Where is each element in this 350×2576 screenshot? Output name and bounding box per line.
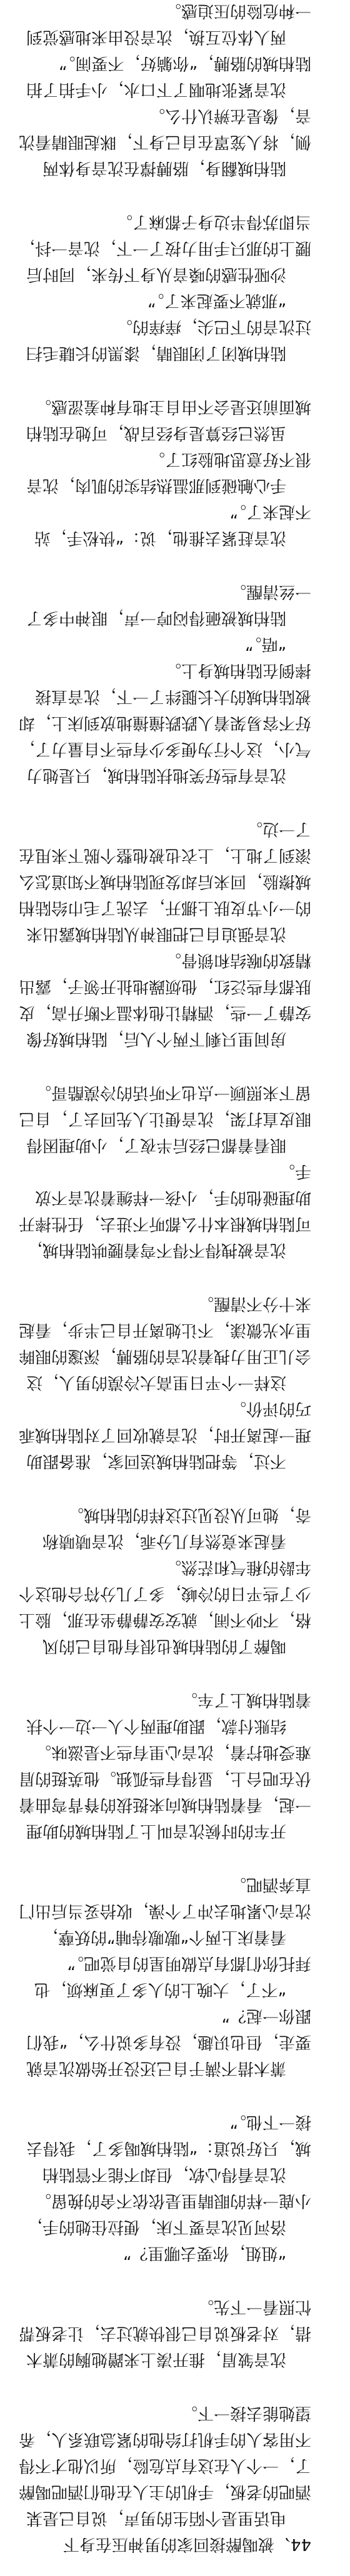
paragraph: “不了，大晚上的人多了更麻烦，也拜托你们都有点做明星的自觉吧。” [17,1950,311,2003]
text-line: 沈音看得心软，但却不能不管陆柏 [17,2161,311,2187]
text-line: 虽然已经算是身经百战，可她在陆柏 [17,420,311,446]
text-line: 看起来竟然有几分乖，沈音啧啧称 [17,1528,311,1554]
text-line: 当即苏得半边身子都麻了。 [17,209,311,235]
text-line: 沈音被拽得不得不弯着腰哄陆柏城， [17,1237,311,1263]
text-line: 电话里是个陌生的男声，说自己是某 [17,2505,311,2531]
text-line: 城面前还是会不由自主地有种羞涩感。 [17,394,311,420]
text-line: 助理碰他的手，小孩一样缠着沈音不放 [17,1184,311,1211]
text-line: 这样一个平日里高大冷漠的男人，这 [17,1369,311,1395]
paragraph-group: 陆柏城翻身，胳膊撑在沈音身体两侧，将人笼罩在自己身下，眯起眼睛看沈音，像是在辨认… [17,0,311,181]
paragraph: 开车的时候沈音叫上了陆柏城的助理一起，看着陆柏城向来挺拔的脊背弯曲着伏在吧台上，… [17,1739,311,1844]
paragraph: 陆柏城被砸得闷哼一声，眼神中多了一丝清醒。 [17,578,311,631]
text-line: 看着床上两个“嗷嗷待哺”的妖孽， [17,1924,311,1950]
text-line: 小鹿一样的眼睛里是依依不舍的挽留。 [17,2187,311,2214]
paragraph: 房间里只剩下两个人后，陆柏城好像安静了一些，酒精让他体温不断升高，皮肤都有些泛红… [17,947,311,1052]
text-line: 洛河见沈音要下床，便拉住她的手， [17,2214,311,2240]
paragraph-group: 喝醉了的陆柏城也很有他自己的风格，不吵不闹，就安安静静坐在那，脸上少了些平日的冷… [17,1502,311,1659]
paragraph: 陆柏城翻身，胳膊撑在沈音身体两侧，将人笼罩在自己身下，眯起眼睛看沈音，像是在辨认… [17,102,311,181]
text-line: 里水光微漾，不让她离开自己半步，看起 [17,1317,311,1343]
paragraph: 看起来竟然有几分乖，沈音啧啧称奇，她可从没见过这样的陆柏城。 [17,1502,311,1554]
text-line: 沙哑性感的嗓音从身下传来，同时后 [17,261,311,287]
text-line: “唔。” [17,631,311,657]
paragraph: 看着床上两个“嗷嗷待哺”的妖孽，沈音心累地去冲了个澡，收拾妥当后出门直奔酒吧。 [17,1871,311,1950]
text-line: 摔倒在陆柏城身上。 [17,657,311,683]
text-line: 沈音皱眉，推开凑上来蹭她胸的萧木 [17,2346,311,2372]
text-line: 可陆柏城根本什么都听不进去，任性摔开 [17,1211,311,1237]
text-line: 眼看着都已经后半夜了，小助理困得 [17,1132,311,1158]
text-line: 的一小节皮肤上挪开，去洗了毛巾给陆柏 [17,894,311,921]
text-line: 开车的时候沈音叫上了陆柏城的助理 [17,1818,311,1844]
paragraph: 沈音紧张地咽了下口水，小手拍了拍陆柏城的胳膊，“你躺好，不要闹。” [17,50,311,102]
text-line: 好不容易架着人跌跌撞撞地放到床上，却 [17,710,311,736]
text-line: 忙照看一下先。 [17,2294,311,2320]
text-line: 精致的喉结和锁骨。 [17,947,311,973]
text-line: 音，像是在辨认什么。 [17,102,311,129]
text-line: 接一下他。” [17,2109,311,2135]
paragraph: 沈音有些好笑地扶陆柏城，只是她力气小，这个行为便多少有些不自量力了，好不容易架着… [17,657,311,788]
text-line: “不了，大晚上的人多了更麻烦，也 [17,1976,311,2003]
paragraph: 沈音看得心软，但却不能不管陆柏城，只好说道：“陆柏城喝多了，我得去接一下他。” [17,2109,311,2187]
text-line: 沈音有些好笑地扶陆柏城，只是她力 [17,762,311,788]
text-line: 腰上的那只手用力按了一下，沈音一抖， [17,235,311,261]
paragraph: 两人体位互换，沈音没由来地感觉到一种危险的压迫感。 [17,0,311,50]
text-line: 会儿正用力拽着沈音的胳膊，深邃的眼眸 [17,1343,311,1369]
paragraph: “那就不要起来了。” [17,287,311,314]
text-line: 喝醉了的陆柏城也很有他自己的风 [17,1633,311,1659]
text-line: “姐姐，你要去哪里？” [17,2240,311,2266]
text-line: 陆柏城的胳膊，“你躺好，不要闹。” [17,50,311,76]
paragraph: 陆柏城闭了闭眼睛，漆黑的长睫毛扫过沈音的下巴尖，痒痒的。 [17,314,311,366]
paragraph: 这样一个平日里高大冷漠的男人，这会儿正用力拽着沈音的胳膊，深邃的眼眸里水光微漾，… [17,1290,311,1395]
text-line: 沈音赶紧去推他，说：“快松手，站 [17,525,311,551]
text-line: 一起，看着陆柏城向来挺拔的脊背弯曲着 [17,1791,311,1818]
text-line: 城，只好说道：“陆柏城喝多了，我得去 [17,2135,311,2161]
text-line: 了，一个人在这有点危险，所以他才不得 [17,2452,311,2479]
paragraph: 虽然已经算是身经百战，可她在陆柏城面前还是会不由自主地有种羞涩感。 [17,394,311,446]
text-line: 奇，她可从没见过这样的陆柏城。 [17,1502,311,1528]
text-line: 来十分不清醒。 [17,1290,311,1317]
text-line: 理一起离开时，沈音就收回了对陆柏城乖 [17,1422,311,1448]
text-line: 不用客人的手机打给他的紧急联系人，希 [17,2426,311,2452]
paragraph: “姐姐，你要去哪里？” [17,2240,311,2266]
text-line: 房间里只剩下两个人后，陆柏城好像 [17,1026,311,1052]
text-line: 沈音心累地去冲了个澡，收拾妥当后出门 [17,1898,311,1924]
paragraph-group: 萧木措不满于自己还没开始做沈音就要走，但也识趣，没有多说什么，“我们跟你一起？”… [17,1871,311,2081]
text-line: 陆柏城被砸得闷哼一声，眼神中多了 [17,605,311,631]
text-line: 过沈音的下巴尖，痒痒的。 [17,314,311,340]
text-line: 萧木措不满于自己还没开始做沈音就 [17,2055,311,2081]
paragraph-group: 沈音被拽得不得不弯着腰哄陆柏城，可陆柏城根本什么都听不进去，任性摔开助理碰他的手… [17,1079,311,1263]
paragraph: 沈音被拽得不得不弯着腰哄陆柏城，可陆柏城根本什么都听不进去，任性摔开助理碰他的手… [17,1158,311,1263]
text-line: 留下来照顾一点也不听话的冷漠酷哥。 [17,1079,311,1106]
text-line: 难受地拧着，沈音心里有些不是滋味。 [17,1739,311,1765]
text-line: 手心触碰到那温热结实的肌肉，沈音 [17,472,311,498]
text-line: 肤都有些泛红，他烦躁地扯开领子，露出 [17,973,311,999]
paragraph: 萧木措不满于自己还没开始做沈音就要走，但也识趣，没有多说什么，“我们跟你一起？” [17,2003,311,2081]
text-line: 两人体位互换，沈音没由来地感觉到 [17,24,311,50]
text-line: 跟你一起？” [17,2003,311,2029]
paragraph: 沈音赶紧去推他，说：“快松手，站不起来了。” [17,498,311,551]
text-line: 直奔酒吧。 [17,1871,311,1898]
paragraph-group: 陆柏城闭了闭眼睛，漆黑的长睫毛扫过沈音的下巴尖，痒痒的。“那就不要起来了。”沙哑… [17,209,311,366]
text-line: 着陆柏城上了车。 [17,1687,311,1713]
text-line: 沈音紧张地咽了下口水，小手拍了拍 [17,76,311,102]
paragraph: 洛河见沈音要下床，便拉住她的手，小鹿一样的眼睛里是依依不舍的挽留。 [17,2187,311,2240]
text-line: 措，对老板说自己很快就过去，让老板帮 [17,2320,311,2346]
paragraph: 沙哑性感的嗓音从身下传来，同时后腰上的那只手用力按了一下，沈音一抖，当即苏得半边… [17,209,311,287]
paragraph: 电话里是个陌生的男声，说自己是某酒吧的老板，手机的主人在他们酒吧喝醉了，一个人在… [17,2400,311,2531]
text-line: 伏在吧台上，显得有些孤独。他英挺的眉 [17,1765,311,1791]
text-line: 滚到了地上，上衣也被他整个脱下来甩在 [17,842,311,868]
paragraph-group: “姐姐，你要去哪里？”洛河见沈音要下床，便拉住她的手，小鹿一样的眼睛里是依依不舍… [17,2109,311,2266]
text-line: 陆柏城闭了闭眼睛，漆黑的长睫毛扫 [17,340,311,366]
text-line: 要走，但也识趣，没有多说什么，“我们 [17,2029,311,2055]
text-line: 一丝清醒。 [17,578,311,605]
chapter-title: 44、被喝醉接回家的男神压在身下 [17,2531,311,2557]
text-line: 侧，将人笼罩在自己身下，眯起眼睛看沈 [17,129,311,155]
text-line: 不起来了。” [17,498,311,525]
text-line: 眼皮直打架，沈音便让人先回去了，自己 [17,1106,311,1132]
paragraph: 结账付款，跟助理两个人一边一个扶着陆柏城上了车。 [17,1687,311,1739]
paragraph-group: 沈音赶紧去推他，说：“快松手，站不起来了。”手心触碰到那温热结实的肌肉，沈音很不… [17,394,311,551]
paragraph-group: 不过，等把陆柏城送回家，准备跟助理一起离开时，沈音就收回了对陆柏城乖巧的评价。这… [17,1290,311,1474]
paragraph: 喝醉了的陆柏城也很有他自己的风格，不吵不闹，就安安静静坐在那，脸上少了些平日的冷… [17,1554,311,1659]
text-line: 少了些平日的冷峻，多了几分符合他这个 [17,1580,311,1607]
paragraph: 眼看着都已经后半夜了，小助理困得眼皮直打架，沈音便让人先回去了，自己留下来照顾一… [17,1079,311,1158]
text-line: 格，不吵不闹，就安安静静坐在那，脸上 [17,1607,311,1633]
text-line: 手。 [17,1158,311,1184]
chapter-body: 电话里是个陌生的男声，说自己是某酒吧的老板，手机的主人在他们酒吧喝醉了，一个人在… [17,0,311,2531]
text-line: 巧的评价。 [17,1395,311,1422]
paragraph: “唔。” [17,631,311,657]
paragraph-group: 沈音有些好笑地扶陆柏城，只是她力气小，这个行为便多少有些不自量力了，好不容易架着… [17,578,311,788]
text-line: 一种危险的压迫感。 [17,0,311,24]
paragraph: 手心触碰到那温热结实的肌肉，沈音很不好意思地脸红了。 [17,446,311,498]
text-line: 拜托你们都有点做明星的自觉吧。” [17,1950,311,1976]
text-line: 结账付款，跟助理两个人一边一个扶 [17,1713,311,1739]
text-line: 了一边。 [17,816,311,842]
text-line: 酒吧的老板，手机的主人在他们酒吧喝醉 [17,2479,311,2505]
text-line: “那就不要起来了。” [17,287,311,314]
text-line: 年龄的稚气和茫然。 [17,1554,311,1580]
text-line: 气小，这个行为便多少有些不自量力了， [17,736,311,762]
paragraph-group: 开车的时候沈音叫上了陆柏城的助理一起，看着陆柏城向来挺拔的脊背弯曲着伏在吧台上，… [17,1687,311,1844]
text-line: 陆柏城翻身，胳膊撑在沈音身体两 [17,155,311,181]
text-line: 安静了一些，酒精让他体温不断升高，皮 [17,999,311,1026]
paragraph: 不过，等把陆柏城送回家，准备跟助理一起离开时，沈音就收回了对陆柏城乖巧的评价。 [17,1395,311,1474]
text-line: 不过，等把陆柏城送回家，准备跟助 [17,1448,311,1474]
paragraph-group: 电话里是个陌生的男声，说自己是某酒吧的老板，手机的主人在他们酒吧喝醉了，一个人在… [17,2400,311,2531]
text-line: 沈音强迫自己把眼神从陆柏城露出来 [17,921,311,947]
paragraph: 沈音强迫自己把眼神从陆柏城露出来的一小节皮肤上挪开，去洗了毛巾给陆柏城擦脸，回来… [17,816,311,947]
reader-page: 44、被喝醉接回家的男神压在身下 电话里是个陌生的男声，说自己是某酒吧的老板，手… [0,0,350,2576]
paragraph-group: 沈音皱眉，推开凑上来蹭她胸的萧木措，对老板说自己很快就过去，让老板帮忙照看一下先… [17,2294,311,2372]
paragraph-group: 房间里只剩下两个人后，陆柏城好像安静了一些，酒精让他体温不断升高，皮肤都有些泛红… [17,816,311,1052]
text-line: 城擦脸，回来后却发现陆柏城不知道怎么 [17,868,311,894]
text-line: 很不好意思地脸红了。 [17,446,311,472]
text-line: 被陆柏城的大长腿绊了一下，沈音直接 [17,683,311,710]
text-line: 望她能去接一下。 [17,2400,311,2426]
paragraph: 沈音皱眉，推开凑上来蹭她胸的萧木措，对老板说自己很快就过去，让老板帮忙照看一下先… [17,2294,311,2372]
